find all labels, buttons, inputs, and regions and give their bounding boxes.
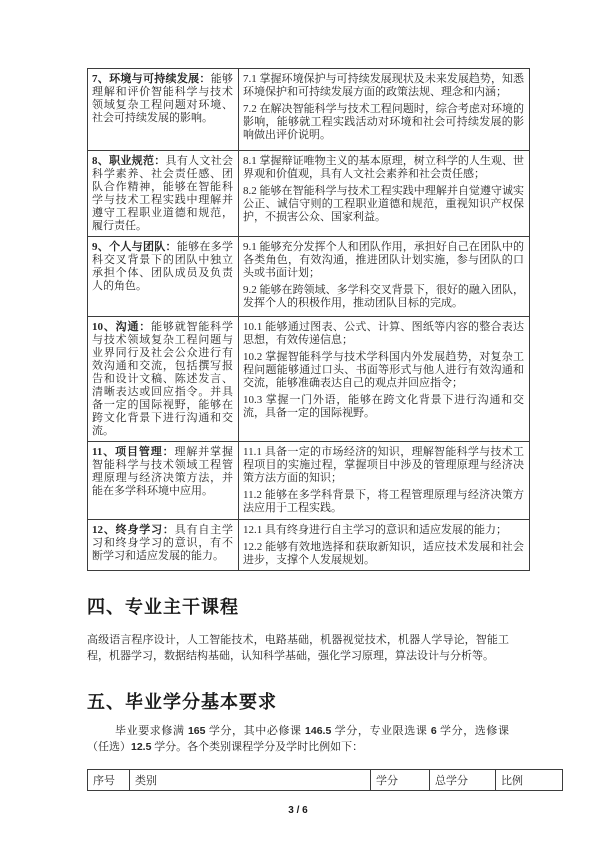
requirement-row: 7、环境与可持续发展：能够理解和评价智能科学与技术领域复杂工程问题对环境、社会可… (88, 69, 530, 151)
graduation-requirement-cell: 9、个人与团队：能够在多学科交叉背景下的团队中独立承担个体、团队成员及负责人的角… (88, 237, 239, 317)
indicator-item: 7.1 掌握环境保护与可持续发展现状及未来发展趋势，知悉环境保护和可持续发展方面… (243, 73, 524, 99)
credits-column-header: 总学分 (430, 770, 496, 791)
indicator-item: 8.2 能够在智能科学与技术工程实践中理解并自觉遵守诚实公正、诚信守则的工程职业… (243, 185, 524, 224)
credit-number: 12.5 (131, 741, 151, 753)
indicator-item: 10.3 掌握一门外语，能够在跨文化背景下进行沟通和交流，具备一定的国际视野。 (243, 394, 524, 420)
paragraph-text: 学分，专业限选课 (331, 725, 431, 737)
indicator-item: 9.2 能够在跨领域、多学科交叉背景下，很好的融入团队，发挥个人的积极作用，推动… (243, 284, 524, 310)
credits-header-row: 序号类别学分总学分比例 (88, 770, 563, 791)
requirement-row: 11、项目管理：理解并掌握智能科学与技术领域工程管理原理与经济决策方法，并能在多… (88, 442, 530, 520)
indicator-cell: 11.1 具备一定的市场经济的知识，理解智能科学与技术工程项目的实施过程，掌握项… (239, 442, 530, 520)
requirements-table: 7、环境与可持续发展：能够理解和评价智能科学与技术领域复杂工程问题对环境、社会可… (87, 68, 530, 571)
credit-number: 146.5 (305, 725, 331, 737)
requirement-term: 7、环境与可持续发展： (92, 73, 211, 85)
graduation-requirement-cell: 12、终身学习：具有自主学习和终身学习的意识，有不断学习和适应发展的能力。 (88, 520, 239, 571)
document-page: 7、环境与可持续发展：能够理解和评价智能科学与技术领域复杂工程问题对环境、社会可… (0, 0, 595, 842)
requirements-table-body: 7、环境与可持续发展：能够理解和评价智能科学与技术领域复杂工程问题对环境、社会可… (88, 69, 530, 571)
indicator-cell: 10.1 能够通过图表、公式、计算、图纸等内容的整合表达思想，有效传递信息；10… (239, 317, 530, 442)
requirement-term: 11、项目管理： (92, 446, 175, 458)
requirement-term: 9、个人与团队： (92, 241, 177, 253)
section5-paragraph: 毕业要求修满 165 学分，其中必修课 146.5 学分，专业限选课 6 学分，… (87, 723, 509, 755)
indicator-cell: 9.1 能够充分发挥个人和团队作用，承担好自己在团队中的各类角色，有效沟通，推进… (239, 237, 530, 317)
requirement-row: 8、职业规范：具有人文社会科学素养、社会责任感、团队合作精神，能够在智能科学与技… (88, 151, 530, 237)
graduation-requirement-cell: 8、职业规范：具有人文社会科学素养、社会责任感、团队合作精神，能够在智能科学与技… (88, 151, 239, 237)
requirement-term: 10、沟通： (92, 321, 151, 333)
page-number: 3 / 6 (87, 805, 509, 816)
indicator-item: 11.2 能够在多学科背景下，将工程管理原理与经济决策方法应用于工程实践。 (243, 489, 524, 515)
requirement-row: 9、个人与团队：能够在多学科交叉背景下的团队中独立承担个体、团队成员及负责人的角… (88, 237, 530, 317)
indicator-cell: 8.1 掌握辩证唯物主义的基本原理，树立科学的人生观、世界观和价值观，具有人文社… (239, 151, 530, 237)
credits-column-header: 比例 (496, 770, 563, 791)
indicator-cell: 12.1 具有终身进行自主学习的意识和适应发展的能力；12.2 能够有效地选择和… (239, 520, 530, 571)
graduation-requirement-cell: 7、环境与可持续发展：能够理解和评价智能科学与技术领域复杂工程问题对环境、社会可… (88, 69, 239, 151)
indicator-item: 12.1 具有终身进行自主学习的意识和适应发展的能力； (243, 524, 524, 537)
section5-heading: 五、毕业学分基本要求 (87, 691, 509, 714)
indicator-item: 8.1 掌握辩证唯物主义的基本原理，树立科学的人生观、世界观和价值观，具有人文社… (243, 155, 524, 181)
indicator-item: 10.1 能够通过图表、公式、计算、图纸等内容的整合表达思想，有效传递信息； (243, 321, 524, 347)
credits-column-header: 类别 (130, 770, 371, 791)
indicator-cell: 7.1 掌握环境保护与可持续发展现状及未来发展趋势，知悉环境保护和可持续发展方面… (239, 69, 530, 151)
indicator-item: 12.2 能够有效地选择和获取新知识，适应技术发展和社会进步，支撑个人发展规划。 (243, 541, 524, 567)
requirement-term: 8、职业规范： (92, 155, 166, 167)
indicator-item: 11.1 具备一定的市场经济的知识，理解智能科学与技术工程项目的实施过程，掌握项… (243, 446, 524, 485)
indicator-item: 10.2 掌握智能科学与技术学科国内外发展趋势，对复杂工程问题能够通过口头、书面… (243, 351, 524, 390)
credit-number: 165 (188, 725, 206, 737)
requirement-row: 12、终身学习：具有自主学习和终身学习的意识，有不断学习和适应发展的能力。12.… (88, 520, 530, 571)
requirement-term: 12、终身学习： (92, 524, 175, 536)
indicator-item: 9.1 能够充分发挥个人和团队作用，承担好自己在团队中的各类角色，有效沟通，推进… (243, 241, 524, 280)
paragraph-text: 学分。各个类别课程学分及学时比例如下： (151, 741, 363, 753)
graduation-requirement-cell: 11、项目管理：理解并掌握智能科学与技术领域工程管理原理与经济决策方法，并能在多… (88, 442, 239, 520)
credits-column-header: 序号 (88, 770, 130, 791)
requirement-row: 10、沟通：能够就智能科学与技术领域复杂工程问题与业界同行及社会公众进行有效沟通… (88, 317, 530, 442)
section4-paragraph: 高级语言程序设计，人工智能技术，电路基础，机器视觉技术，机器人学导论，智能工程，… (87, 632, 509, 664)
credits-table: 序号类别学分总学分比例 (87, 769, 563, 791)
indicator-item: 7.2 在解决智能科学与技术工程问题时，综合考虑对环境的影响，能够就工程实践活动… (243, 103, 524, 142)
paragraph-text: 毕业要求修满 (115, 725, 188, 737)
graduation-requirement-cell: 10、沟通：能够就智能科学与技术领域复杂工程问题与业界同行及社会公众进行有效沟通… (88, 317, 239, 442)
credits-column-header: 学分 (371, 770, 430, 791)
paragraph-text: 学分，其中必修课 (206, 725, 306, 737)
section4-heading: 四、专业主干课程 (87, 596, 509, 619)
